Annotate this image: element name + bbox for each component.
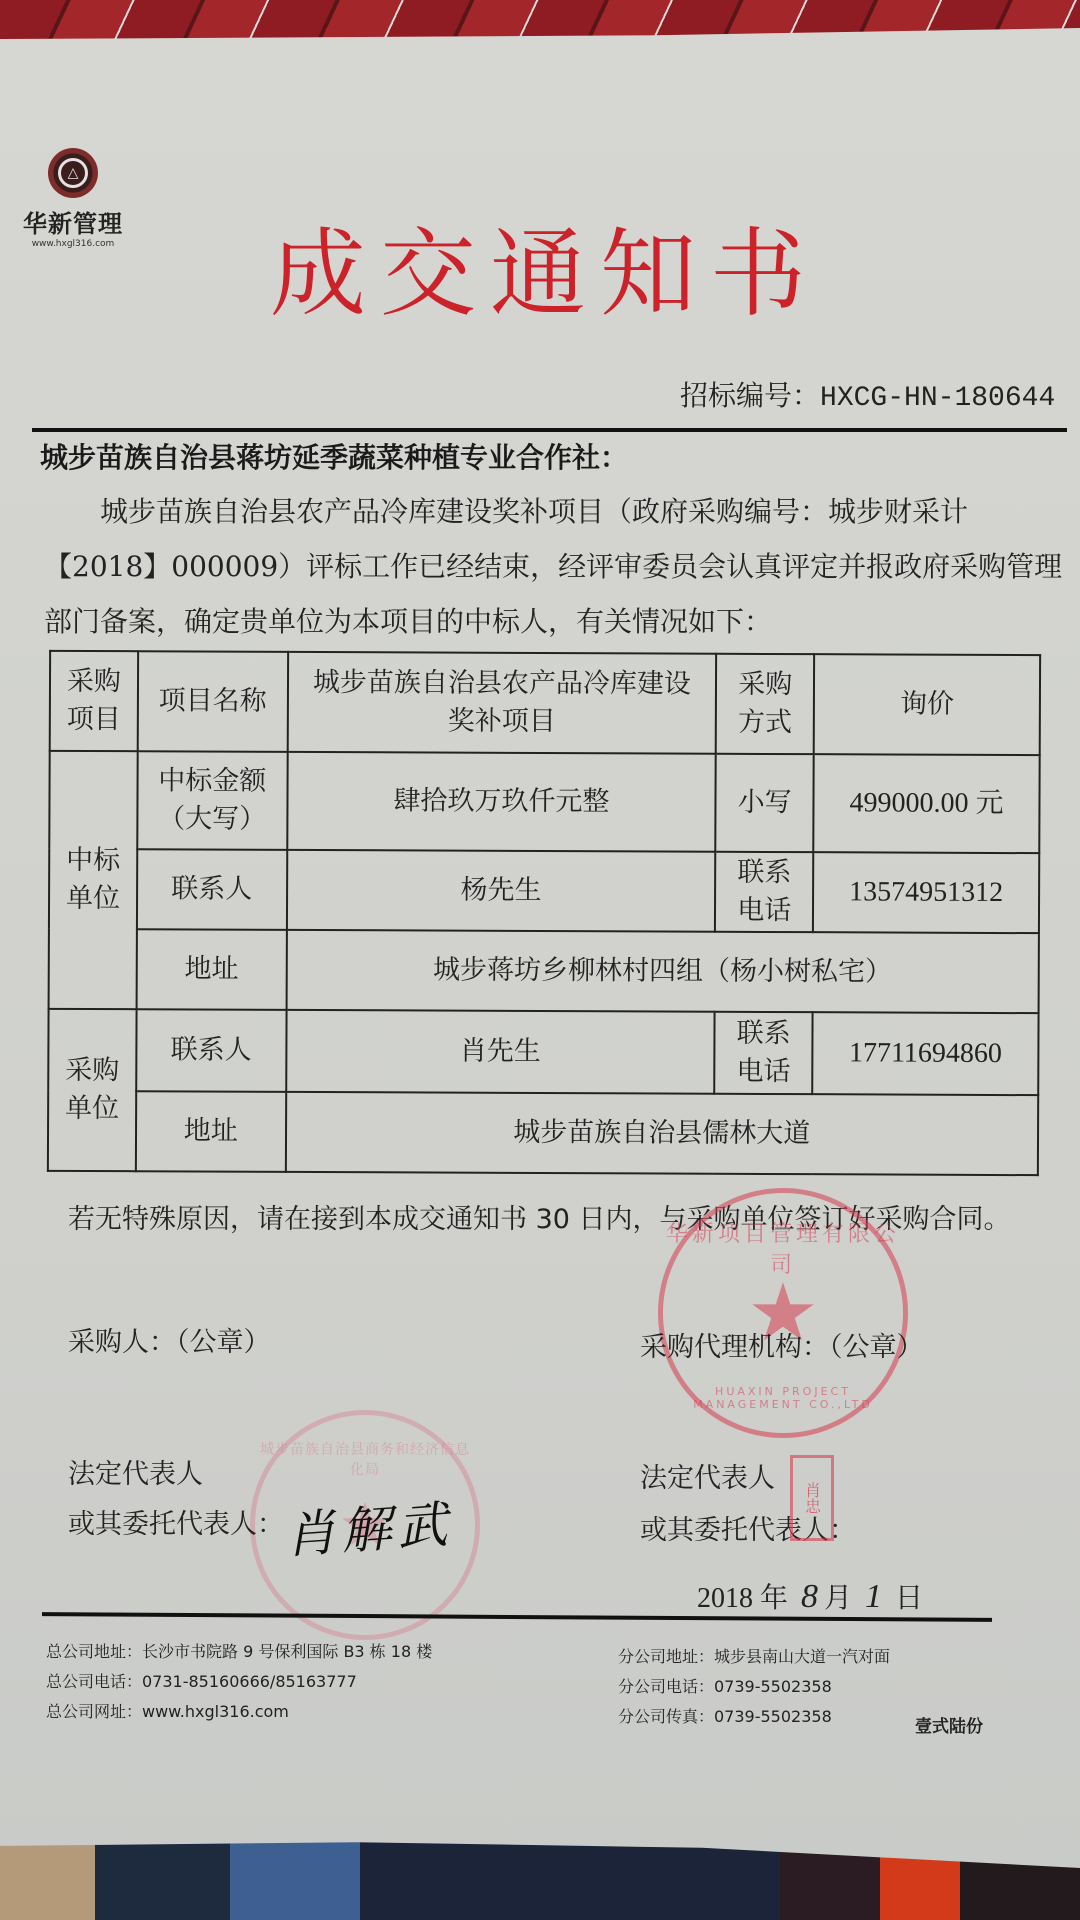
copies-count: 壹式陆份 (915, 1712, 983, 1737)
branch-phone: 分公司电话：0739-5502358 (618, 1672, 890, 1702)
bid-number-value: HXCG-HN-180644 (820, 383, 1055, 414)
handwritten-signature: 肖解武 (283, 1484, 456, 1568)
buyer-delegate-label: 或其委托代表人： (68, 1502, 284, 1541)
date-year-label: 年 (760, 1583, 788, 1614)
table-row: 联系人 杨先生 联系电话 13574951312 (49, 849, 1039, 933)
buyer-contact-label: 联系人 (136, 1009, 286, 1092)
buyer-phone-label: 联系电话 (715, 1012, 813, 1094)
body-paragraph: 城步苗族自治县农产品冷库建设奖补项目（政府采购编号：城步财采计【2018】000… (44, 484, 1074, 649)
addressee: 城步苗族自治县蒋坊延季蔬菜种植专业合作社： (40, 436, 628, 476)
header-divider (32, 428, 1067, 432)
agency-stamp-label: 采购代理机构：（公章） (640, 1325, 924, 1364)
procurement-item-label: 采购项目 (50, 651, 138, 751)
hq-phone: 总公司电话：0731-85160666/85163777 (46, 1667, 432, 1697)
buyer-address-value: 城步苗族自治县儒林大道 (285, 1092, 1038, 1175)
amount-lower-value: 499000.00 元 (813, 754, 1039, 853)
winner-phone-value: 13574951312 (813, 852, 1039, 933)
winner-address-value: 城步蒋坊乡柳林村四组（杨小树私宅） (286, 930, 1039, 1013)
agency-seal-text: 华新项目管理有限公司 (663, 1217, 903, 1279)
amount-lower-label: 小写 (716, 754, 814, 852)
issue-date: 2018 年 8月 1 日 (697, 1576, 923, 1616)
branch-fax: 分公司传真：0739-5502358 (618, 1702, 890, 1732)
method-value: 询价 (814, 654, 1040, 755)
buyer-address-label: 地址 (136, 1091, 286, 1172)
personal-name-seal: 肖忠 (790, 1455, 834, 1541)
project-name-label: 项目名称 (138, 651, 288, 752)
buyer-label: 采购单位 (48, 1009, 137, 1171)
date-day-label: 日 (895, 1583, 923, 1614)
agency-seal-en: HUAXIN PROJECT MANAGEMENT CO.,LTD (663, 1385, 903, 1411)
document-title: 成交通知书 (270, 198, 820, 335)
logo-name: 华新管理 (18, 204, 128, 239)
buyer-contact-value: 肖先生 (286, 1010, 715, 1094)
circle-logo-icon: △ (48, 148, 98, 198)
award-table: 采购项目 项目名称 城步苗族自治县农产品冷库建设奖补项目 采购方式 询价 中标单… (47, 650, 1041, 1176)
date-day: 1 (865, 1578, 882, 1615)
agency-seal: 华新项目管理有限公司 ★ HUAXIN PROJECT MANAGEMENT C… (658, 1188, 908, 1438)
buyer-seal-text: 城步苗族自治县商务和经济信息化局 (255, 1439, 475, 1479)
logo-url: www.hxgl316.com (18, 239, 128, 249)
project-name-value: 城步苗族自治县农产品冷库建设奖补项目 (287, 652, 716, 754)
table-row: 采购单位 联系人 肖先生 联系电话 17711694860 (48, 1009, 1038, 1095)
branch-address: 分公司地址：城步县南山大道一汽对面 (618, 1642, 890, 1672)
table-row: 地址 城步蒋坊乡柳林村四组（杨小树私宅） (49, 929, 1039, 1013)
footer-branch: 分公司地址：城步县南山大道一汽对面 分公司电话：0739-5502358 分公司… (618, 1642, 890, 1732)
table-row: 中标单位 中标金额（大写） 肆拾玖万玖仟元整 小写 499000.00 元 (49, 751, 1039, 853)
amount-upper-label: 中标金额（大写） (137, 751, 287, 850)
hq-address: 总公司地址：长沙市书院路 9 号保利国际 B3 栋 18 楼 (46, 1637, 432, 1667)
winner-address-label: 地址 (136, 929, 286, 1010)
winner-contact-label: 联系人 (137, 849, 287, 930)
buyer-phone-value: 17711694860 (812, 1012, 1038, 1095)
hq-website: 总公司网址：www.hxgl316.com (46, 1697, 432, 1727)
company-logo: △ 华新管理 www.hxgl316.com (18, 148, 128, 249)
buyer-legal-rep-label: 法定代表人 (68, 1452, 203, 1491)
winner-contact-value: 杨先生 (287, 850, 716, 932)
table-row: 地址 城步苗族自治县儒林大道 (48, 1091, 1038, 1175)
method-label: 采购方式 (716, 654, 814, 754)
date-month: 8 (801, 1578, 818, 1615)
date-month-label: 月 (824, 1583, 852, 1614)
bid-number-label: 招标编号： (680, 379, 820, 412)
winner-phone-label: 联系电话 (715, 852, 813, 932)
amount-upper-value: 肆拾玖万玖仟元整 (287, 752, 716, 852)
footer-hq: 总公司地址：长沙市书院路 9 号保利国际 B3 栋 18 楼 总公司电话：073… (46, 1637, 432, 1727)
buyer-stamp-label: 采购人：（公章） (68, 1320, 271, 1359)
agency-legal-rep-label: 法定代表人 (640, 1456, 775, 1495)
date-year: 2018 (697, 1583, 753, 1614)
bid-number: 招标编号：HXCG-HN-180644 (680, 374, 1055, 414)
table-row: 采购项目 项目名称 城步苗族自治县农产品冷库建设奖补项目 采购方式 询价 (50, 651, 1040, 755)
winner-label: 中标单位 (49, 751, 138, 1009)
